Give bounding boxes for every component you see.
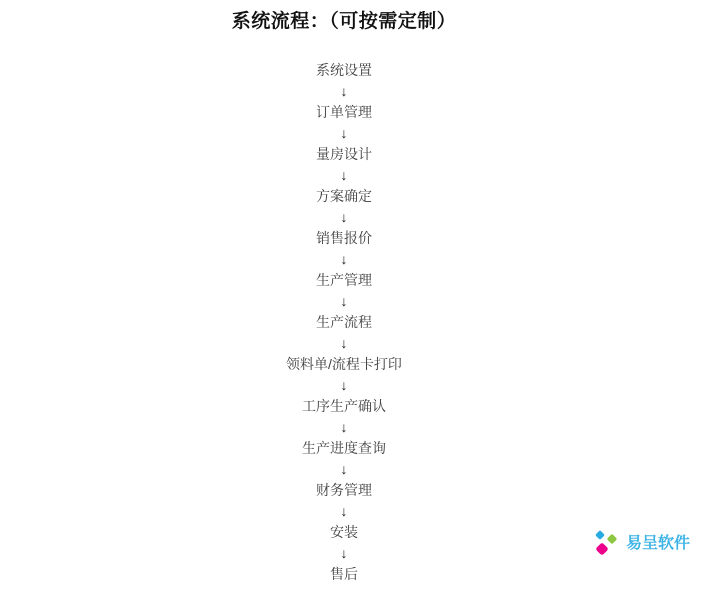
down-arrow-icon: ↓ <box>0 165 688 186</box>
down-arrow-icon: ↓ <box>0 501 688 522</box>
down-arrow-icon: ↓ <box>0 333 688 354</box>
brand-logo: 易呈软件 <box>593 529 690 559</box>
flow-step: 方案确定 <box>0 186 688 207</box>
down-arrow-icon: ↓ <box>0 291 688 312</box>
content-column: 系统流程：（可按需定制） 系统设置↓订单管理↓量房设计↓方案确定↓销售报价↓生产… <box>0 0 688 590</box>
down-arrow-icon: ↓ <box>0 459 688 480</box>
flow-step: 生产管理 <box>0 270 688 291</box>
down-arrow-icon: ↓ <box>0 543 688 564</box>
logo-diamond-blue <box>595 530 605 540</box>
flow-step: 量房设计 <box>0 144 688 165</box>
flow: 系统设置↓订单管理↓量房设计↓方案确定↓销售报价↓生产管理↓生产流程↓领料单/流… <box>0 60 688 585</box>
page: 系统流程：（可按需定制） 系统设置↓订单管理↓量房设计↓方案确定↓销售报价↓生产… <box>0 0 714 590</box>
down-arrow-icon: ↓ <box>0 81 688 102</box>
flow-step: 安装 <box>0 522 688 543</box>
down-arrow-icon: ↓ <box>0 417 688 438</box>
down-arrow-icon: ↓ <box>0 375 688 396</box>
brand-logo-icon <box>593 529 619 559</box>
flow-step: 售后 <box>0 564 688 585</box>
flow-step: 订单管理 <box>0 102 688 123</box>
logo-diamond-magenta <box>595 542 608 555</box>
flow-step: 财务管理 <box>0 480 688 501</box>
flow-step: 工序生产确认 <box>0 396 688 417</box>
flow-step: 领料单/流程卡打印 <box>0 354 688 375</box>
page-title: 系统流程：（可按需定制） <box>0 11 688 33</box>
down-arrow-icon: ↓ <box>0 123 688 144</box>
logo-diamond-green <box>607 534 618 545</box>
flow-step: 销售报价 <box>0 228 688 249</box>
down-arrow-icon: ↓ <box>0 249 688 270</box>
flow-step: 生产进度查询 <box>0 438 688 459</box>
flow-step: 系统设置 <box>0 60 688 81</box>
down-arrow-icon: ↓ <box>0 207 688 228</box>
brand-name: 易呈软件 <box>626 535 690 553</box>
flow-step: 生产流程 <box>0 312 688 333</box>
